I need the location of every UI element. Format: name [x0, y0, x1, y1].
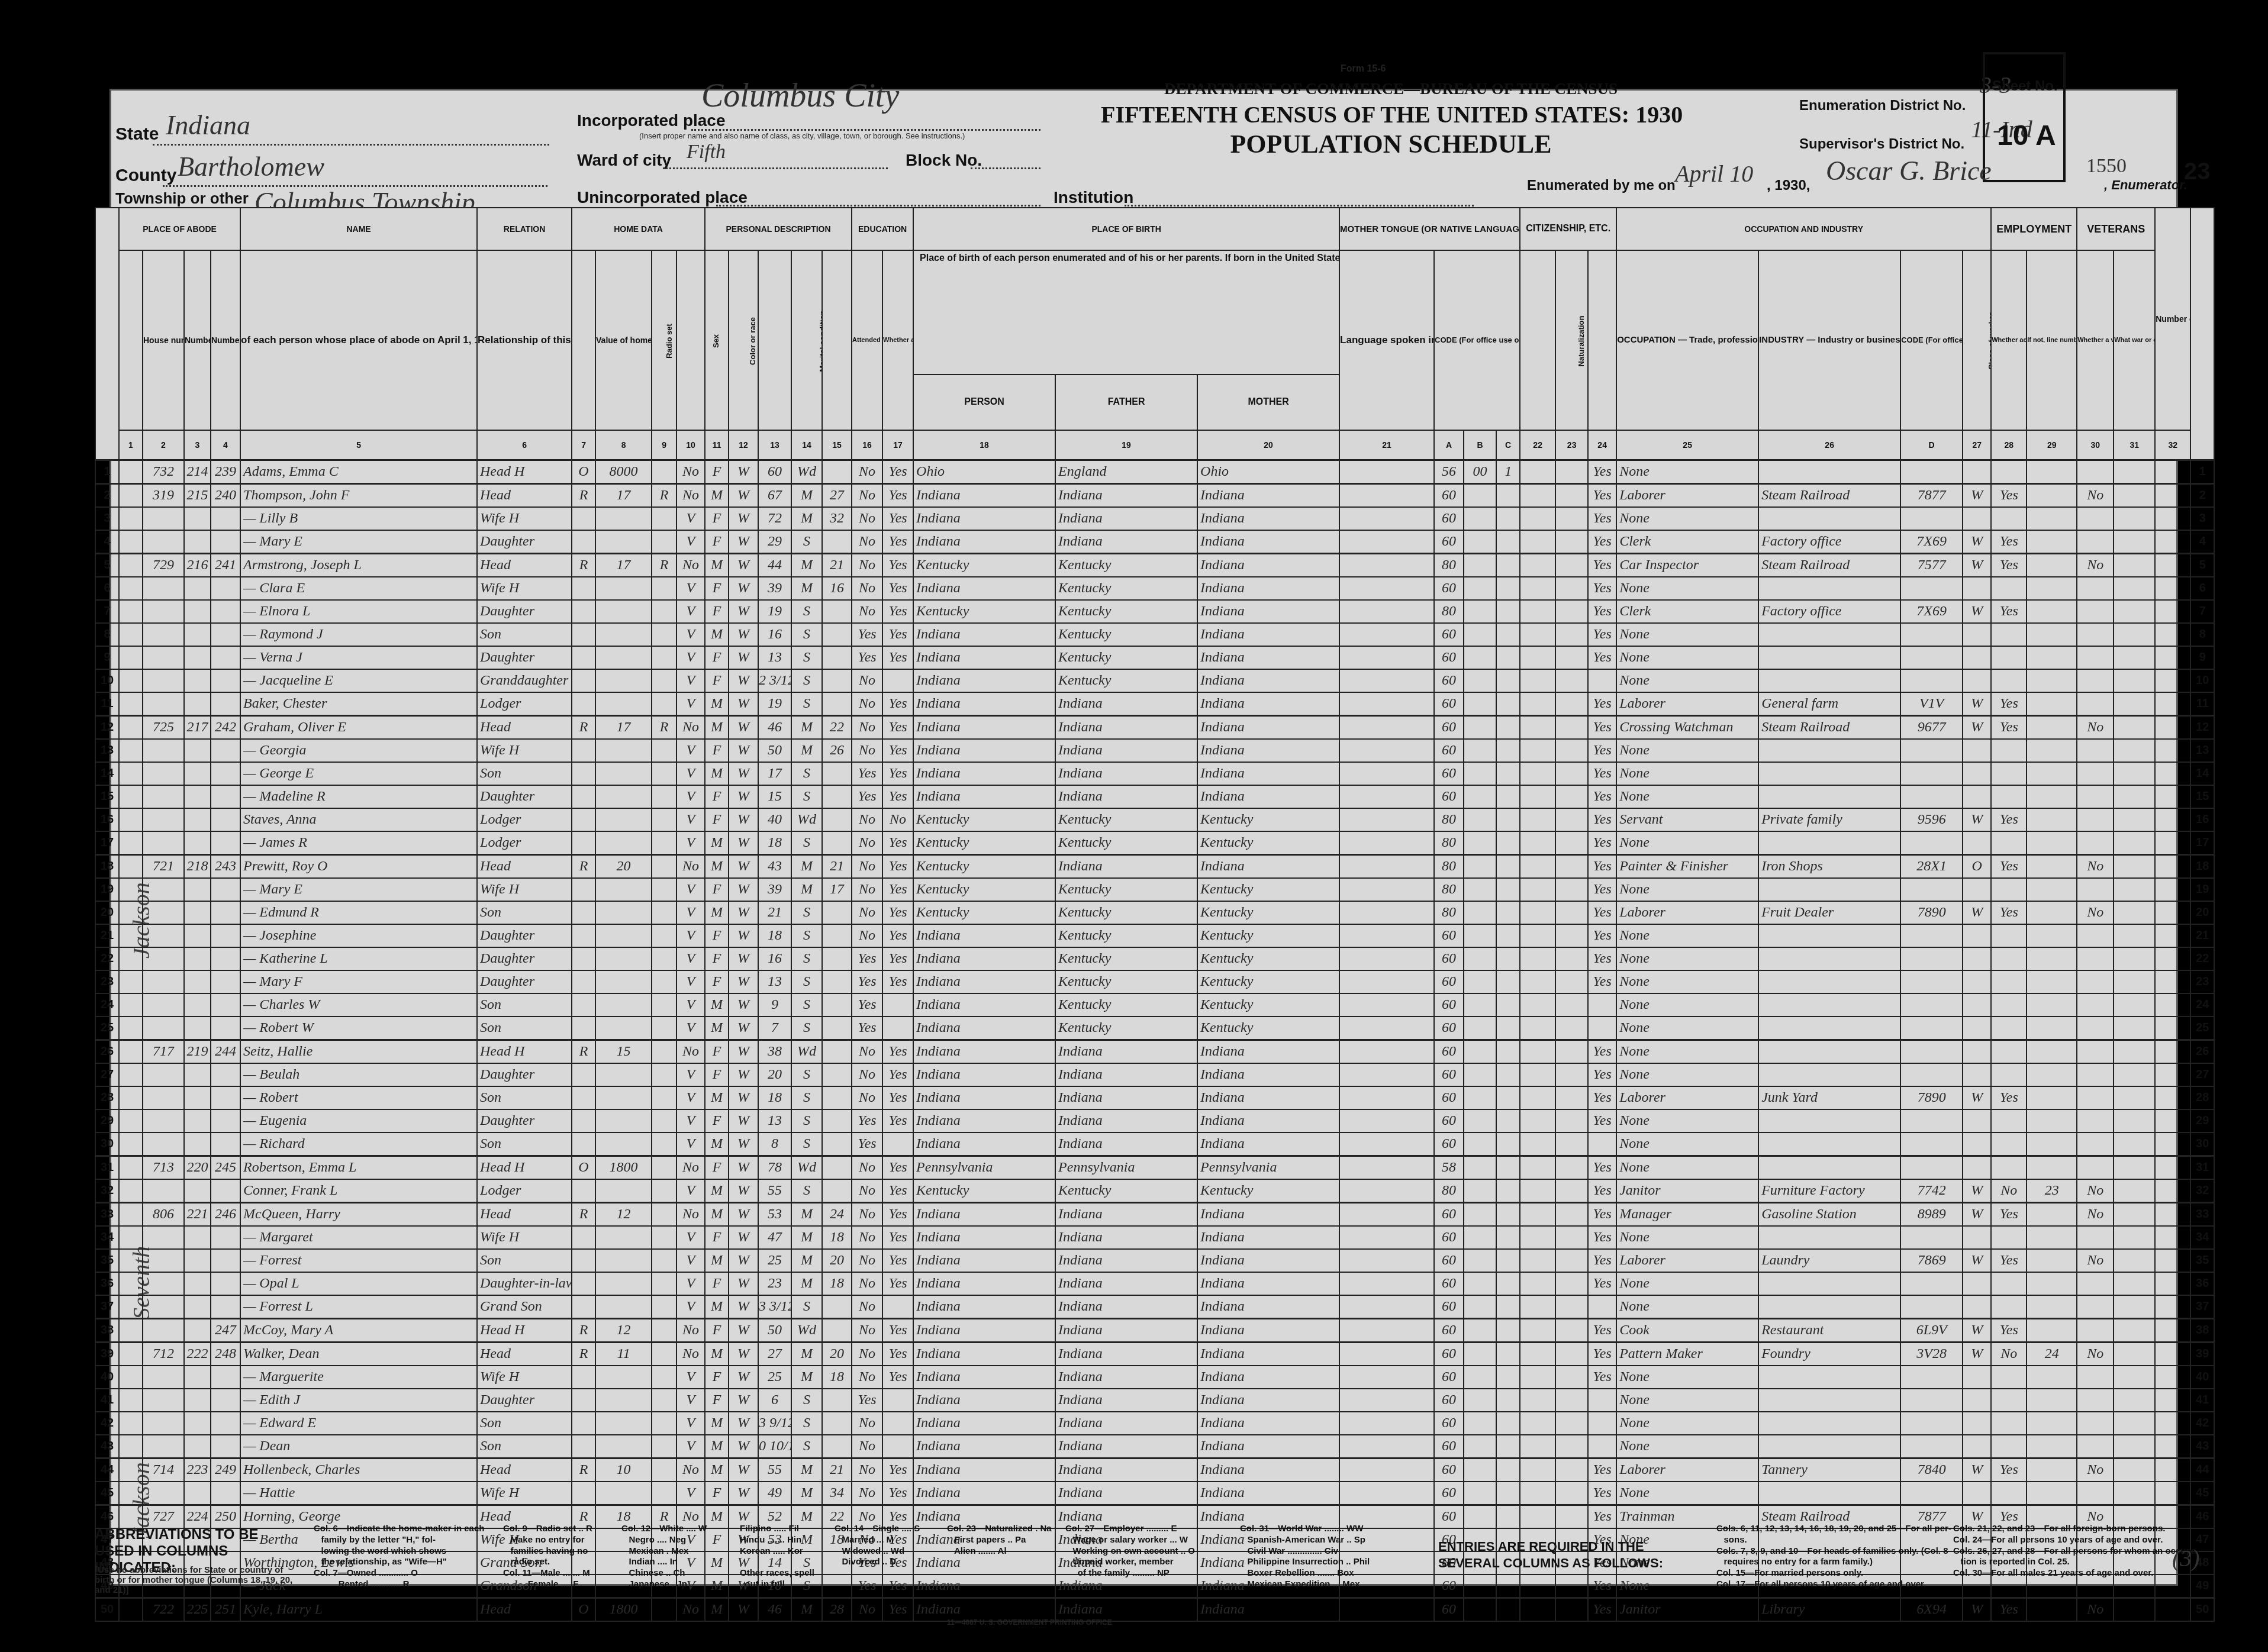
cell-farm-sched: [2155, 1249, 2190, 1272]
entries-b: Cols. 21, 22, and 23—For all foreign-bor…: [1953, 1524, 2199, 1579]
col9-abbrev: Col. 9—Radio set .. R Make no entry for …: [503, 1524, 592, 1590]
cell-age: 13: [758, 1109, 791, 1132]
column-number: 25: [1616, 430, 1758, 460]
cell-radio: [652, 577, 676, 600]
census-title: FIFTEENTH CENSUS OF THE UNITED STATES: 1…: [1101, 101, 1681, 128]
cell-father: Kentucky: [1055, 993, 1197, 1017]
cell-code-b: [1464, 507, 1496, 530]
cell-code-a: 60: [1434, 1017, 1464, 1040]
cell-value: [595, 646, 652, 669]
schedule-title: POPULATION SCHEDULE: [1160, 129, 1622, 159]
col-name: of each person whose place of abode on A…: [240, 250, 477, 430]
cell-birth: Indiana: [913, 1482, 1055, 1505]
cell-at-work: Yes: [1991, 1203, 2027, 1227]
cell-immig: [1520, 1132, 1555, 1156]
cell-read: Yes: [882, 623, 913, 646]
cell-dwelling: [184, 1272, 211, 1295]
cell-at-work: [1991, 1017, 2027, 1040]
cell-industry: [1758, 1226, 1900, 1249]
cell-war: [2114, 716, 2155, 740]
cell-natur: [1555, 716, 1588, 740]
cell-marital: S: [791, 947, 822, 970]
cell-father: England: [1055, 460, 1197, 484]
group-relation: RELATION: [477, 208, 572, 250]
cell-farm: V: [676, 1109, 705, 1132]
cell-value: 17: [595, 484, 652, 508]
cell-house: [143, 831, 184, 855]
cell-dwelling: 218: [184, 855, 211, 879]
cell-race: W: [729, 970, 758, 993]
cell-race: W: [729, 1109, 758, 1132]
cell-class: W: [1963, 484, 1991, 508]
line-number-right: 32: [2190, 1179, 2214, 1203]
line-number: 36: [95, 1272, 119, 1295]
cell-dwelling: [184, 669, 211, 692]
column-number: 1: [119, 430, 143, 460]
col-unemp-line: If not, line number on Unemployment Sche…: [2027, 250, 2077, 430]
cell-industry: Furniture Factory: [1758, 1179, 1900, 1203]
cell-school: No: [852, 1343, 882, 1366]
cell-owned: [572, 577, 595, 600]
cell-war: [2114, 1295, 2155, 1319]
cell-farm: V: [676, 577, 705, 600]
cell-farm-sched: [2155, 1412, 2190, 1435]
cell-street: [119, 1226, 143, 1249]
cell-read: Yes: [882, 1226, 913, 1249]
cell-street: [119, 692, 143, 716]
cell-owned: [572, 646, 595, 669]
line-number: 13: [95, 739, 119, 762]
cell-occupation: Laborer: [1616, 692, 1758, 716]
cell-code-a: 60: [1434, 1063, 1464, 1086]
cell-occupation: None: [1616, 669, 1758, 692]
cell-sex: F: [705, 600, 729, 623]
cell-unemp: [2027, 1203, 2077, 1227]
cell-name: Prewitt, Roy O: [240, 855, 477, 879]
cell-vet: [2077, 739, 2114, 762]
cell-code-b: [1464, 692, 1496, 716]
cell-immig: [1520, 1226, 1555, 1249]
cell-code-b: 00: [1464, 460, 1496, 484]
cell-dwelling: [184, 1482, 211, 1505]
cell-code-d: 9596: [1900, 808, 1963, 831]
cell-father: Indiana: [1055, 1435, 1197, 1459]
line-number: 41: [95, 1389, 119, 1412]
cell-farm: V: [676, 808, 705, 831]
table-row: 1732214239Adams, Emma CHead HO8000NoFW60…: [95, 460, 2214, 484]
cell-natur: [1555, 1132, 1588, 1156]
cell-father: Indiana: [1055, 1295, 1197, 1319]
cell-class: [1963, 1272, 1991, 1295]
col-farm-schedule: Number of farm schedule: [2155, 208, 2190, 430]
cell-code-a: 80: [1434, 901, 1464, 924]
cell-read: Yes: [882, 1086, 913, 1109]
cell-race: W: [729, 692, 758, 716]
cell-read: Yes: [882, 1109, 913, 1132]
cell-house: 712: [143, 1343, 184, 1366]
cell-radio: [652, 1226, 676, 1249]
cell-mother: Indiana: [1197, 1132, 1339, 1156]
cell-immig: [1520, 1412, 1555, 1435]
cell-relation: Daughter: [477, 530, 572, 554]
table-row: 21— JosephineDaughterVFW18SNoYesIndianaK…: [95, 924, 2214, 947]
cell-street: [119, 924, 143, 947]
cell-value: [595, 623, 652, 646]
cell-code-c: [1496, 1482, 1520, 1505]
cell-industry: Factory office: [1758, 600, 1900, 623]
cell-street: [119, 623, 143, 646]
cell-street: [119, 970, 143, 993]
cell-age: 50: [758, 739, 791, 762]
cell-race: W: [729, 623, 758, 646]
cell-relation: Lodger: [477, 831, 572, 855]
cell-age: 3 9/12: [758, 1412, 791, 1435]
cell-school: No: [852, 855, 882, 879]
cell-natur: [1555, 669, 1588, 692]
cell-english: [1588, 1017, 1616, 1040]
cell-house: 319: [143, 484, 184, 508]
line-number-right: 44: [2190, 1459, 2214, 1482]
cell-farm-sched: [2155, 1226, 2190, 1249]
cell-dwelling: [184, 1226, 211, 1249]
cell-war: [2114, 924, 2155, 947]
cell-class: [1963, 1109, 1991, 1132]
cell-dwelling: [184, 1249, 211, 1272]
cell-code-a: 60: [1434, 1482, 1464, 1505]
cell-marital: M: [791, 1203, 822, 1227]
cell-radio: [652, 970, 676, 993]
line-number-right: 37: [2190, 1295, 2214, 1319]
cell-owned: [572, 1295, 595, 1319]
cell-farm-sched: [2155, 878, 2190, 901]
cell-radio: [652, 1203, 676, 1227]
cell-street: [119, 762, 143, 785]
cell-industry: Tannery: [1758, 1459, 1900, 1482]
cell-english: Yes: [1588, 1109, 1616, 1132]
cell-read: [882, 1389, 913, 1412]
line-number-right: 17: [2190, 831, 2214, 855]
cell-unemp: [2027, 1435, 2077, 1459]
cell-name: — Mary E: [240, 878, 477, 901]
cell-radio: [652, 1295, 676, 1319]
cell-marital: M: [791, 1272, 822, 1295]
col14-abbrev: Col. 14—Single .... S Married ... M Wido…: [835, 1524, 920, 1568]
cell-radio: [652, 507, 676, 530]
cell-street: [119, 530, 143, 554]
cell-relation: Son: [477, 623, 572, 646]
cell-relation: Grand Son: [477, 1295, 572, 1319]
cell-natur: [1555, 1412, 1588, 1435]
cell-immig: [1520, 600, 1555, 623]
cell-war: [2114, 484, 2155, 508]
cell-farm-sched: [2155, 1179, 2190, 1203]
cell-farm-sched: [2155, 716, 2190, 740]
cell-farm-sched: [2155, 646, 2190, 669]
cell-code-d: [1900, 1482, 1963, 1505]
cell-father: Indiana: [1055, 855, 1197, 879]
cell-class: W: [1963, 1179, 1991, 1203]
cell-street: [119, 1063, 143, 1086]
cell-owned: [572, 623, 595, 646]
cell-name: Armstrong, Joseph L: [240, 554, 477, 577]
cell-code-d: [1900, 1226, 1963, 1249]
cell-class: W: [1963, 1459, 1991, 1482]
cell-family: [211, 1179, 240, 1203]
cell-name: — Opal L: [240, 1272, 477, 1295]
cell-immig: [1520, 1459, 1555, 1482]
cell-radio: [652, 1435, 676, 1459]
cell-age-m: [822, 1109, 852, 1132]
cell-occupation: Crossing Watchman: [1616, 716, 1758, 740]
cell-name: — Elnora L: [240, 600, 477, 623]
cell-farm: No: [676, 1040, 705, 1064]
cell-house: 725: [143, 716, 184, 740]
cell-industry: Restaurant: [1758, 1319, 1900, 1343]
cell-vet: [2077, 924, 2114, 947]
col-birth-note: Place of birth of each person enumerated…: [913, 250, 1339, 430]
cell-unemp: [2027, 716, 2077, 740]
cell-english: Yes: [1588, 1040, 1616, 1064]
cell-at-work: [1991, 1482, 2027, 1505]
cell-occupation: Laborer: [1616, 901, 1758, 924]
cell-age: 39: [758, 577, 791, 600]
cell-immig: [1520, 785, 1555, 808]
cell-mother: Kentucky: [1197, 970, 1339, 993]
cell-unemp: [2027, 1295, 2077, 1319]
cell-code-b: [1464, 1343, 1496, 1366]
cell-farm: V: [676, 993, 705, 1017]
column-number: 12: [729, 430, 758, 460]
cell-immig: [1520, 1295, 1555, 1319]
cell-birth: Indiana: [913, 1412, 1055, 1435]
cell-unemp: [2027, 831, 2077, 855]
line-number-right: 9: [2190, 646, 2214, 669]
cell-code-c: [1496, 831, 1520, 855]
column-number-row: 123456789101112131415161718192021ABC2223…: [95, 430, 2214, 460]
cell-birth: Indiana: [913, 1435, 1055, 1459]
cell-natur: [1555, 1249, 1588, 1272]
cell-value: 10: [595, 1459, 652, 1482]
cell-father: Indiana: [1055, 1249, 1197, 1272]
cell-school: Yes: [852, 623, 882, 646]
cell-name: Baker, Chester: [240, 692, 477, 716]
group-home-data: HOME DATA: [572, 208, 705, 250]
cell-name: — Madeline R: [240, 785, 477, 808]
cell-language: [1339, 947, 1434, 970]
cell-radio: [652, 1482, 676, 1505]
cell-age-m: 22: [822, 716, 852, 740]
cell-age: 60: [758, 460, 791, 484]
cell-farm: No: [676, 484, 705, 508]
cell-farm-sched: [2155, 970, 2190, 993]
cell-language: [1339, 1179, 1434, 1203]
cell-farm-sched: [2155, 1086, 2190, 1109]
cell-code-b: [1464, 993, 1496, 1017]
cell-name: — Clara E: [240, 577, 477, 600]
cell-relation: Head H: [477, 1156, 572, 1180]
cell-father: Indiana: [1055, 1040, 1197, 1064]
cell-language: [1339, 855, 1434, 879]
cell-industry: [1758, 947, 1900, 970]
col-age-marriage: Age at first marriage: [822, 250, 852, 430]
cell-school: No: [852, 577, 882, 600]
cell-code-b: [1464, 1226, 1496, 1249]
cell-code-c: [1496, 901, 1520, 924]
cell-birth: Indiana: [913, 924, 1055, 947]
cell-industry: [1758, 831, 1900, 855]
cell-code-a: 60: [1434, 1272, 1464, 1295]
cell-code-a: 60: [1434, 762, 1464, 785]
cell-sex: M: [705, 1086, 729, 1109]
cell-dwelling: [184, 970, 211, 993]
cell-house: [143, 1249, 184, 1272]
cell-owned: [572, 878, 595, 901]
col-family: Number of family in order of visitation: [211, 250, 240, 430]
cell-code-c: [1496, 530, 1520, 554]
cell-code-d: 7840: [1900, 1459, 1963, 1482]
cell-mother: Indiana: [1197, 785, 1339, 808]
cell-marital: M: [791, 855, 822, 879]
cell-code-a: 60: [1434, 1435, 1464, 1459]
cell-read: Yes: [882, 762, 913, 785]
cell-language: [1339, 1086, 1434, 1109]
cell-marital: S: [791, 1109, 822, 1132]
cell-language: [1339, 739, 1434, 762]
line-number: 20: [95, 901, 119, 924]
cell-relation: Head: [477, 484, 572, 508]
cell-language: [1339, 1156, 1434, 1180]
cell-age-m: [822, 808, 852, 831]
cell-read: Yes: [882, 970, 913, 993]
column-number: 32: [2155, 430, 2190, 460]
cell-mother: Indiana: [1197, 1459, 1339, 1482]
cell-code-d: [1900, 993, 1963, 1017]
table-row: 25— Robert WSonVMW7SYesIndianaKentuckyKe…: [95, 1017, 2214, 1040]
cell-code-b: [1464, 1435, 1496, 1459]
cell-marital: S: [791, 924, 822, 947]
cell-vet: No: [2077, 484, 2114, 508]
cell-father: Indiana: [1055, 1482, 1197, 1505]
cell-farm: V: [676, 1226, 705, 1249]
line-number: 15: [95, 785, 119, 808]
cell-occupation: Laborer: [1616, 1459, 1758, 1482]
line-number: 37: [95, 1295, 119, 1319]
cell-occupation: Laborer: [1616, 1086, 1758, 1109]
cell-father: Indiana: [1055, 1459, 1197, 1482]
cell-code-c: [1496, 1366, 1520, 1389]
cell-natur: [1555, 831, 1588, 855]
cell-vet: [2077, 1295, 2114, 1319]
cell-vet: [2077, 762, 2114, 785]
cell-family: [211, 1086, 240, 1109]
entries-a: Cols. 6, 11, 12, 13, 14, 16, 18, 19, 20,…: [1716, 1524, 1951, 1590]
cell-code-b: [1464, 530, 1496, 554]
cell-class: [1963, 1389, 1991, 1412]
cell-english: Yes: [1588, 1459, 1616, 1482]
line-number-right: 36: [2190, 1272, 2214, 1295]
cell-house: 729: [143, 554, 184, 577]
cell-race: W: [729, 739, 758, 762]
cell-language: [1339, 1272, 1434, 1295]
cell-name: Robertson, Emma L: [240, 1156, 477, 1180]
cell-read: Yes: [882, 1343, 913, 1366]
cell-value: [595, 577, 652, 600]
cell-owned: [572, 1272, 595, 1295]
cell-english: Yes: [1588, 831, 1616, 855]
cell-marital: M: [791, 484, 822, 508]
cell-code-d: [1900, 1366, 1963, 1389]
cell-vet: [2077, 577, 2114, 600]
cell-immig: [1520, 623, 1555, 646]
cell-age-m: 34: [822, 1482, 852, 1505]
cell-code-b: [1464, 970, 1496, 993]
cell-language: [1339, 1132, 1434, 1156]
cell-father: Indiana: [1055, 716, 1197, 740]
cell-birth: Indiana: [913, 530, 1055, 554]
line-number-right: 30: [2190, 1132, 2214, 1156]
column-number: 31: [2114, 430, 2155, 460]
cell-dwelling: [184, 577, 211, 600]
line-number-right: 26: [2190, 1040, 2214, 1064]
cell-read: Yes: [882, 924, 913, 947]
cell-occupation: None: [1616, 1272, 1758, 1295]
cell-code-c: [1496, 1343, 1520, 1366]
col-mother: MOTHER: [1198, 375, 1339, 430]
table-row: 14— George ESonVMW17SYesYesIndianaIndian…: [95, 762, 2214, 785]
cell-industry: [1758, 1366, 1900, 1389]
cell-english: Yes: [1588, 507, 1616, 530]
cell-school: No: [852, 530, 882, 554]
cell-relation: Lodger: [477, 808, 572, 831]
cell-school: Yes: [852, 1389, 882, 1412]
cell-farm-sched: [2155, 623, 2190, 646]
table-row: 26717219244Seitz, HallieHead HR15NoFW38W…: [95, 1040, 2214, 1064]
cell-code-c: [1496, 1132, 1520, 1156]
cell-farm: V: [676, 646, 705, 669]
cell-age-m: 32: [822, 507, 852, 530]
cell-race: W: [729, 785, 758, 808]
cell-immig: [1520, 855, 1555, 879]
cell-at-work: [1991, 1063, 2027, 1086]
col-race: Color or race: [729, 250, 758, 430]
cell-vet: No: [2077, 901, 2114, 924]
line-number: 35: [95, 1249, 119, 1272]
cell-dwelling: [184, 878, 211, 901]
cell-farm-sched: [2155, 507, 2190, 530]
line-number-right: 28: [2190, 1086, 2214, 1109]
cell-farm-sched: [2155, 669, 2190, 692]
cell-war: [2114, 1459, 2155, 1482]
cell-street: [119, 993, 143, 1017]
cell-language: [1339, 646, 1434, 669]
cell-immig: [1520, 1063, 1555, 1086]
cell-occupation: None: [1616, 507, 1758, 530]
cell-farm-sched: [2155, 1459, 2190, 1482]
cell-sex: F: [705, 530, 729, 554]
line-number: 3: [95, 507, 119, 530]
cell-natur: [1555, 1343, 1588, 1366]
unincorporated-line: [716, 205, 1040, 206]
col-read: Whether able to read and write: [882, 250, 913, 430]
cell-mother: Indiana: [1197, 1343, 1339, 1366]
cell-owned: [572, 1482, 595, 1505]
cell-sex: F: [705, 924, 729, 947]
line-number-right: 5: [2190, 554, 2214, 577]
cell-father: Indiana: [1055, 1272, 1197, 1295]
cell-radio: R: [652, 716, 676, 740]
cell-language: [1339, 600, 1434, 623]
cell-at-work: [1991, 1272, 2027, 1295]
